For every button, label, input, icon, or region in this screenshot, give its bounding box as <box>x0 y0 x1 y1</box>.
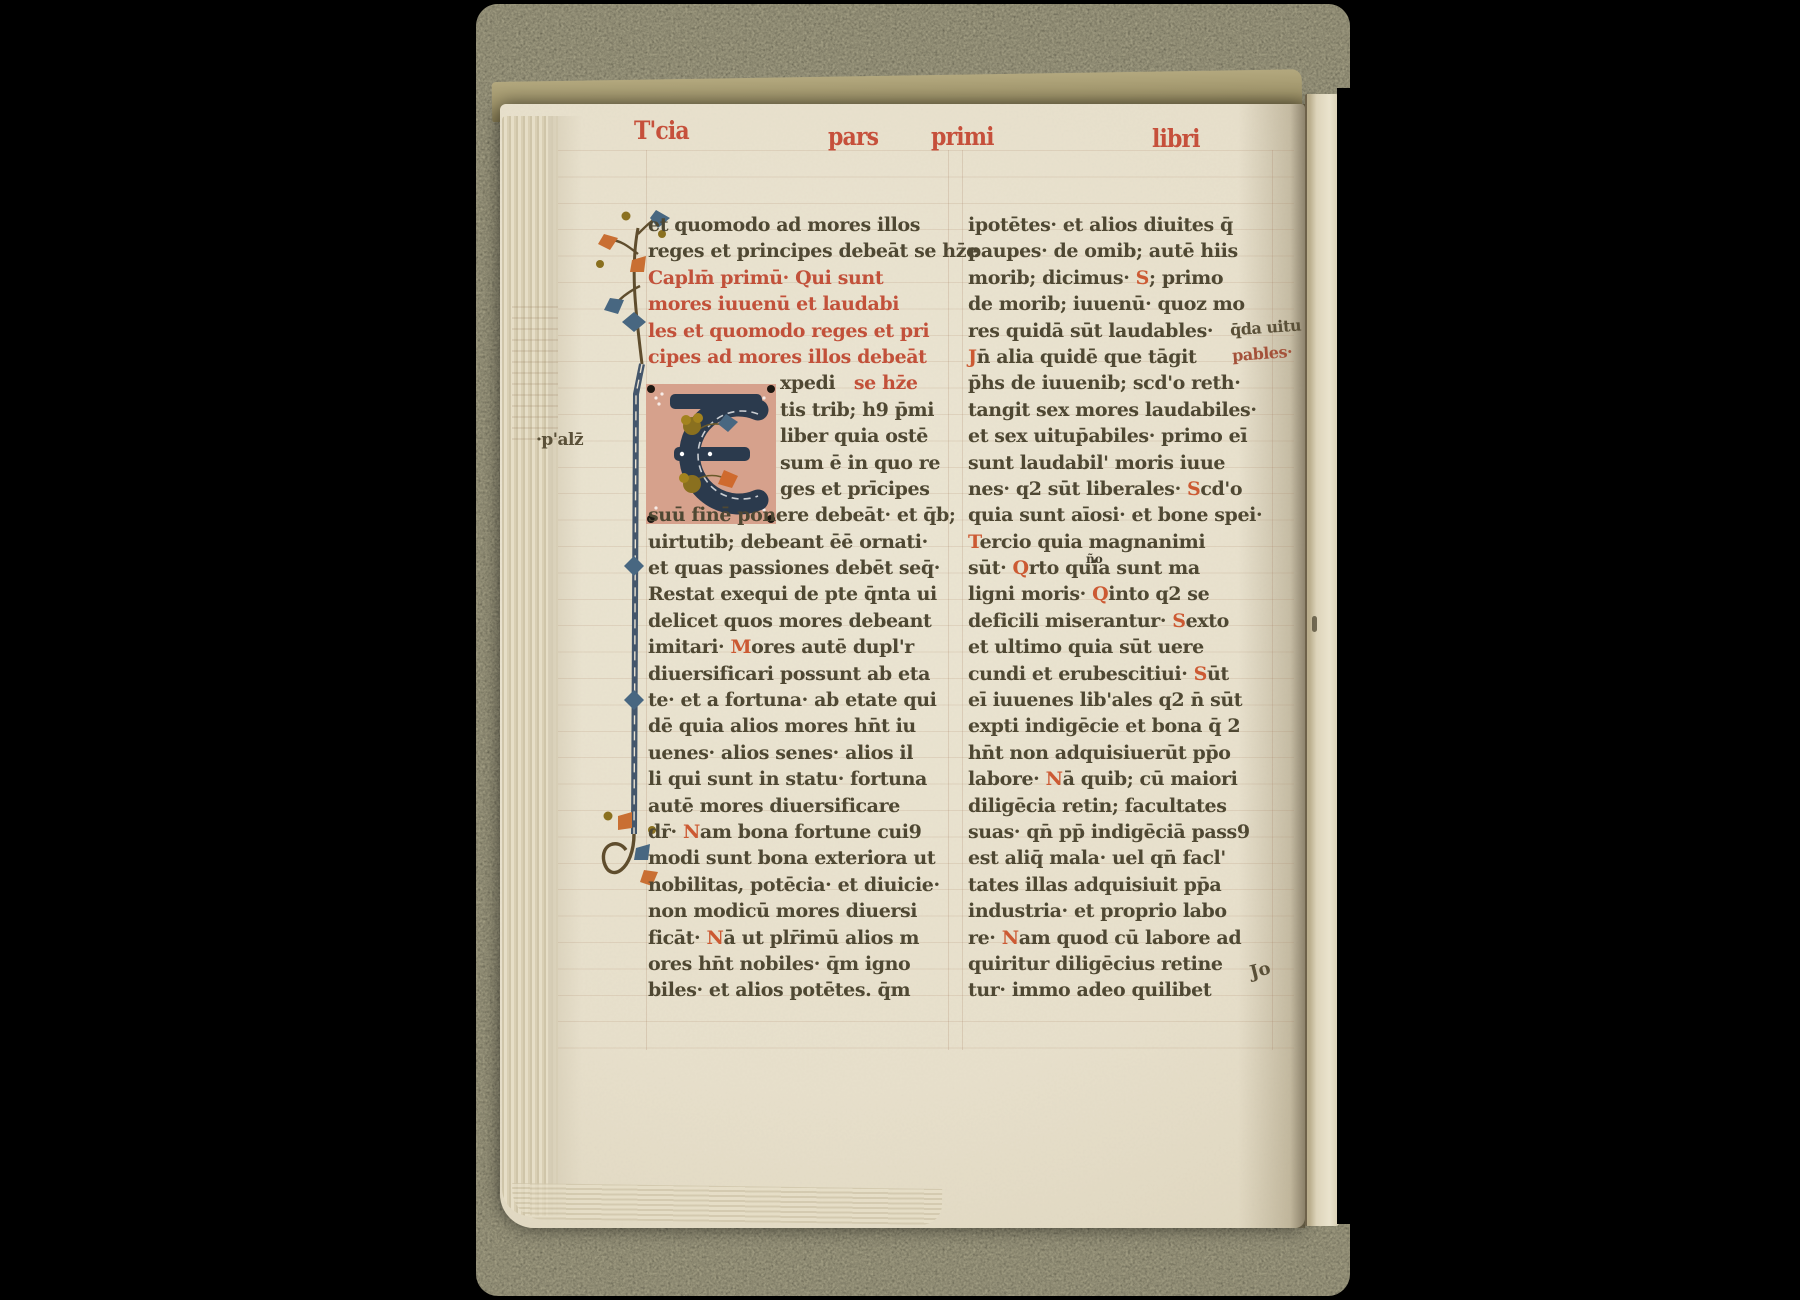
text-segment: se hz̄e <box>835 372 917 394</box>
text-segment: morib; dicimus· <box>968 267 1136 289</box>
text-line: ores hn̄t nobiles· q̄m igno <box>648 951 950 977</box>
text-segment: et quomodo ad mores illos <box>648 214 920 236</box>
text-line: sunt laudabil' moris iuue <box>968 450 1270 476</box>
text-line: cipes ad mores illos debeāt <box>648 344 950 370</box>
text-segment: tis trib; h9 p̄mi <box>780 399 934 421</box>
text-segment: p̄hs de iuuenib; scd'o reth· <box>968 372 1240 394</box>
running-header-tercia: T'cia <box>634 116 689 145</box>
text-segment: n̄ alia quidē que tāgit <box>977 346 1197 368</box>
text-segment: ges et prīcipes <box>780 478 930 500</box>
text-segment: et sex uitup̄abiles· primo eī <box>968 425 1247 447</box>
text-line: morib; dicimus· S; primo <box>968 265 1270 291</box>
text-line: deficili miserantur· Sexto <box>968 608 1270 634</box>
text-segment: S <box>1136 267 1149 289</box>
text-segment: Q <box>1092 583 1108 605</box>
text-segment: exto <box>1186 610 1229 632</box>
text-line: re· Nam quod cū labore ad <box>968 925 1270 951</box>
text-segment: uenes· alios senes· alios il <box>648 742 913 764</box>
text-segment: tates illas adquisiuit pp̄a <box>968 874 1221 896</box>
text-line: nobilitas, potēcia· et diuicie· <box>648 872 950 898</box>
text-line: expti indigēcie et bona q̄ 2 <box>968 713 1270 739</box>
text-segment: M <box>731 636 752 658</box>
interlinear-gloss: ño <box>1086 552 1103 566</box>
manuscript-photo: T'cia pars primi libri E <box>0 0 1800 1300</box>
vertical-rule-right <box>1272 150 1273 1050</box>
text-line: diuersificari possunt ab eta <box>648 661 950 687</box>
next-page-fore-edge <box>1305 94 1339 1226</box>
text-line: les et quomodo reges et pri <box>648 318 950 344</box>
text-segment: into q2 se <box>1108 583 1209 605</box>
text-segment: nes· q2 sūt liberales· <box>968 478 1187 500</box>
text-segment: les et quomodo reges et pri <box>648 320 929 342</box>
text-segment: J <box>968 346 977 368</box>
text-line: liber quia ostē <box>648 423 950 449</box>
text-segment: S <box>1172 610 1185 632</box>
text-line: labore· Nā quib; cū maiori <box>968 766 1270 792</box>
text-line: mores iuuenū et laudabi <box>648 291 950 317</box>
text-segment: et quas passiones debēt seq̄· <box>648 557 940 579</box>
text-line: et quas passiones debēt seq̄· <box>648 555 950 581</box>
text-line: res quidā sūt laudables· <box>968 318 1270 344</box>
text-line: dr̄· Nam bona fortune cui9 <box>648 819 950 845</box>
text-segment: ipotētes· et alios diuites q̄ <box>968 214 1233 236</box>
text-segment: sum ē in quo re <box>780 452 940 474</box>
text-line: de morib; iuuenū· quoz mo <box>968 291 1270 317</box>
text-segment: ; primo <box>1149 267 1223 289</box>
text-segment: ercio quia magnanimi <box>980 531 1206 553</box>
text-segment: nobilitas, potēcia· et diuicie· <box>648 874 940 896</box>
ink-showthrough <box>512 300 558 440</box>
fore-edge-shadow <box>1337 88 1800 1224</box>
text-segment: res quidā sūt laudables· <box>968 320 1213 342</box>
text-segment: cundi et erubescitiui· <box>968 663 1194 685</box>
page-edges-fade <box>548 116 582 1216</box>
text-segment: non modicū mores diuersi <box>648 900 917 922</box>
running-header-libri: libri <box>1152 124 1200 153</box>
text-line: et ultimo quia sūt uere <box>968 634 1270 660</box>
text-line: delicet quos mores debeant <box>648 608 950 634</box>
running-header-pars: pars <box>828 122 878 151</box>
text-segment: quia sunt aīosi· et bone spei· <box>968 504 1262 526</box>
text-segment: S <box>1194 663 1207 685</box>
text-line: modi sunt bona exteriora ut <box>648 845 950 871</box>
text-line: suas· qn̄ pp̄ indigēciā pass9 <box>968 819 1270 845</box>
text-segment: ores hn̄t nobiles· q̄m igno <box>648 953 910 975</box>
text-line: p̄hs de iuuenib; scd'o reth· <box>968 370 1270 396</box>
text-segment: quiritur diligēcius retine <box>968 953 1223 975</box>
text-segment: rto quia sunt ma <box>1029 557 1200 579</box>
text-segment: et ultimo quia sūt uere <box>968 636 1204 658</box>
text-segment: Caplm̄ primū· Qui sunt <box>648 267 883 289</box>
text-segment: ores autē dupl'r <box>751 636 914 658</box>
text-line: hn̄t non adquisiuerūt pp̄o <box>968 740 1270 766</box>
text-line: biles· et alios potētes. q̄m <box>648 977 950 1003</box>
text-segment: paupes· de omib; autē hiis <box>968 240 1238 262</box>
text-segment: N <box>1002 927 1019 949</box>
text-segment: biles· et alios potētes. q̄m <box>648 979 910 1001</box>
text-segment: uirtutib; debeant ēē ornati· <box>648 531 928 553</box>
text-segment: am quod cū labore ad <box>1019 927 1242 949</box>
text-segment: diuersificari possunt ab eta <box>648 663 930 685</box>
text-line: imitari· Mores autē dupl'r <box>648 634 950 660</box>
text-line: industria· et proprio labo <box>968 898 1270 924</box>
text-line: tangit sex mores laudabiles· <box>968 397 1270 423</box>
text-line: nes· q2 sūt liberales· Scd'o <box>968 476 1270 502</box>
text-segment: ligni moris· <box>968 583 1092 605</box>
text-line: quiritur diligēcius retine <box>968 951 1270 977</box>
text-segment: te· et a fortuna· ab etate qui <box>648 689 936 711</box>
text-line: uenes· alios senes· alios il <box>648 740 950 766</box>
text-line: et quomodo ad mores illos <box>648 212 950 238</box>
text-line: quia sunt aīosi· et bone spei· <box>968 502 1270 528</box>
text-line: ficāt· Nā ut plr̄imū alios m <box>648 925 950 951</box>
text-segment: cd'o <box>1200 478 1242 500</box>
text-segment: N <box>683 821 700 843</box>
text-line: Caplm̄ primū· Qui sunt <box>648 265 950 291</box>
text-segment: imitari· <box>648 636 731 658</box>
text-line: reges et principes debeāt se hz̄e <box>648 238 950 264</box>
text-line: eī iuuenes lib'ales q2 n̄ sūt <box>968 687 1270 713</box>
text-line: li qui sunt in statu· fortuna <box>648 766 950 792</box>
text-segment: diligēcia retin; facultates <box>968 795 1227 817</box>
text-line: non modicū mores diuersi <box>648 898 950 924</box>
left-text-column: et quomodo ad mores illosreges et princi… <box>648 212 950 1004</box>
text-segment: li qui sunt in statu· fortuna <box>648 768 927 790</box>
text-line: Jn̄ alia quidē que tāgit <box>968 344 1270 370</box>
text-line: xpedi se hz̄e <box>648 370 950 396</box>
text-segment: delicet quos mores debeant <box>648 610 931 632</box>
text-line: autē mores diuersificare <box>648 793 950 819</box>
text-line: suū finē ponere debeāt· et q̄b; <box>648 502 950 528</box>
text-line: ipotētes· et alios diuites q̄ <box>968 212 1270 238</box>
text-segment: re· <box>968 927 1002 949</box>
text-segment: dr̄· <box>648 821 683 843</box>
text-line: uirtutib; debeant ēē ornati· <box>648 529 950 555</box>
text-segment: N <box>706 927 723 949</box>
text-segment: expti indigēcie et bona q̄ 2 <box>968 715 1240 737</box>
right-text-column: ipotētes· et alios diuites q̄paupes· de … <box>968 212 1270 1004</box>
text-segment: dē quia alios mores hn̄t iu <box>648 715 916 737</box>
text-segment: S <box>1187 478 1200 500</box>
text-segment: ā quib; cū maiori <box>1063 768 1238 790</box>
text-segment: tangit sex mores laudabiles· <box>968 399 1257 421</box>
text-line: diligēcia retin; facultates <box>968 793 1270 819</box>
text-segment: tur· immo adeo quilibet <box>968 979 1211 1001</box>
text-line: ligni moris· Qinto q2 se <box>968 581 1270 607</box>
text-segment: xpedi <box>780 372 835 394</box>
left-margin-note: ·p'alz̄ <box>536 430 583 450</box>
text-segment: ā ut plr̄imū alios m <box>723 927 919 949</box>
running-header-primi: primi <box>931 122 994 151</box>
text-line: tur· immo adeo quilibet <box>968 977 1270 1003</box>
text-segment: modi sunt bona exteriora ut <box>648 847 935 869</box>
vertical-rule-mid2 <box>962 150 963 1050</box>
text-line: paupes· de omib; autē hiis <box>968 238 1270 264</box>
text-segment: ficāt· <box>648 927 706 949</box>
text-line: et sex uitup̄abiles· primo eī <box>968 423 1270 449</box>
text-segment: liber quia ostē <box>780 425 928 447</box>
text-segment: suū finē ponere debeāt· et q̄b; <box>648 504 956 526</box>
text-segment: ūt <box>1207 663 1229 685</box>
text-line: te· et a fortuna· ab etate qui <box>648 687 950 713</box>
text-segment: Restat exequi de pte q̄nta ui <box>648 583 937 605</box>
text-segment: cipes ad mores illos debeāt <box>648 346 927 368</box>
text-line: sum ē in quo re <box>648 450 950 476</box>
parchment-speck <box>1312 616 1317 632</box>
text-segment: sunt laudabil' moris iuue <box>968 452 1225 474</box>
text-segment: N <box>1046 768 1063 790</box>
text-line: sūt· Qrto quia sunt ma <box>968 555 1270 581</box>
text-segment: sūt· <box>968 557 1013 579</box>
text-segment: hn̄t non adquisiuerūt pp̄o <box>968 742 1231 764</box>
text-segment: reges et principes debeāt se hz̄e <box>648 240 978 262</box>
text-line: Restat exequi de pte q̄nta ui <box>648 581 950 607</box>
text-line: tis trib; h9 p̄mi <box>648 397 950 423</box>
text-segment: eī iuuenes lib'ales q2 n̄ sūt <box>968 689 1242 711</box>
text-segment: est aliq̄ mala· uel qn̄ facl' <box>968 847 1226 869</box>
text-segment: labore· <box>968 768 1046 790</box>
text-segment: autē mores diuersificare <box>648 795 900 817</box>
text-line: cundi et erubescitiui· Sūt <box>968 661 1270 687</box>
text-segment: de morib; iuuenū· quoz mo <box>968 293 1245 315</box>
page-edges-foot <box>512 1183 942 1225</box>
text-segment: Q <box>1013 557 1029 579</box>
text-segment: industria· et proprio labo <box>968 900 1227 922</box>
text-line: Tercio quia magnanimi <box>968 529 1270 555</box>
text-line: est aliq̄ mala· uel qn̄ facl' <box>968 845 1270 871</box>
text-segment: deficili miserantur· <box>968 610 1172 632</box>
text-line: dē quia alios mores hn̄t iu <box>648 713 950 739</box>
text-line: tates illas adquisiuit pp̄a <box>968 872 1270 898</box>
text-segment: mores iuuenū et laudabi <box>648 293 899 315</box>
text-segment: am bona fortune cui9 <box>700 821 922 843</box>
text-segment: T <box>968 531 980 553</box>
text-line: ges et prīcipes <box>648 476 950 502</box>
text-segment: suas· qn̄ pp̄ indigēciā pass9 <box>968 821 1250 843</box>
